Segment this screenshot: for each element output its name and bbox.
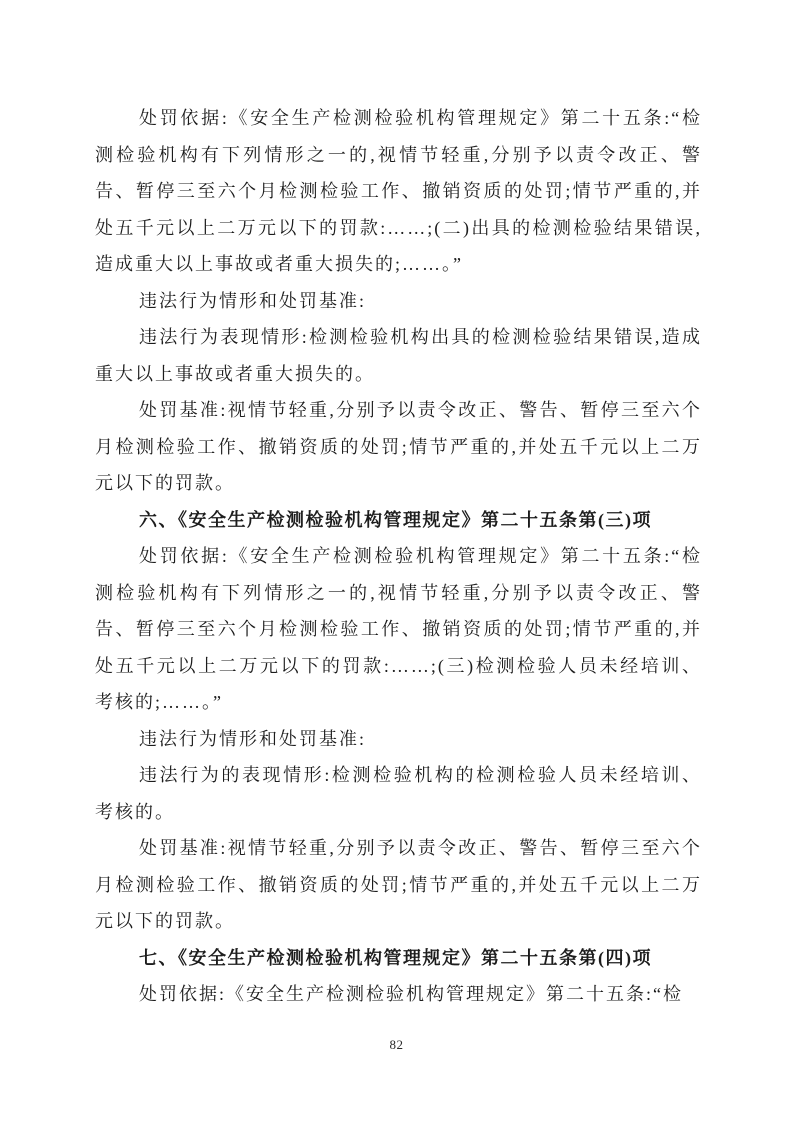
paragraph-penalty-basis-item3: 处罚依据:《安全生产检测检验机构管理规定》第二十五条:“检测检验机构有下列情形之…	[95, 538, 702, 721]
paragraph-violation-description-item3: 违法行为的表现情形:检测检验机构的检测检验人员未经培训、考核的。	[95, 757, 702, 830]
paragraph-penalty-basis-item2: 处罚依据:《安全生产检测检验机构管理规定》第二十五条:“检测检验机构有下列情形之…	[95, 100, 702, 283]
page-footer: 82	[0, 1036, 793, 1054]
paragraph-penalty-standard-item2: 处罚基准:视情节轻重,分别予以责令改正、警告、暂停三至六个月检测检验工作、撤销资…	[95, 392, 702, 502]
paragraph-violation-and-basis-label: 违法行为情形和处罚基准:	[95, 283, 702, 320]
paragraph-penalty-standard-item3: 处罚基准:视情节轻重,分别予以责令改正、警告、暂停三至六个月检测检验工作、撤销资…	[95, 830, 702, 940]
paragraph-violation-and-basis-label-2: 违法行为情形和处罚基准:	[95, 721, 702, 758]
page-number: 82	[390, 1037, 404, 1052]
section-heading-six: 六、《安全生产检测检验机构管理规定》第二十五条第(三)项	[95, 502, 702, 539]
section-heading-seven: 七、《安全生产检测检验机构管理规定》第二十五条第(四)项	[95, 940, 702, 977]
paragraph-violation-description-item2: 违法行为表现情形:检测检验机构出具的检测检验结果错误,造成重大以上事故或者重大损…	[95, 319, 702, 392]
document-page: 处罚依据:《安全生产检测检验机构管理规定》第二十五条:“检测检验机构有下列情形之…	[0, 0, 793, 1122]
paragraph-penalty-basis-item4-partial: 处罚依据:《安全生产检测检验机构管理规定》第二十五条:“检	[95, 976, 702, 1013]
document-body: 处罚依据:《安全生产检测检验机构管理规定》第二十五条:“检测检验机构有下列情形之…	[95, 0, 702, 1013]
